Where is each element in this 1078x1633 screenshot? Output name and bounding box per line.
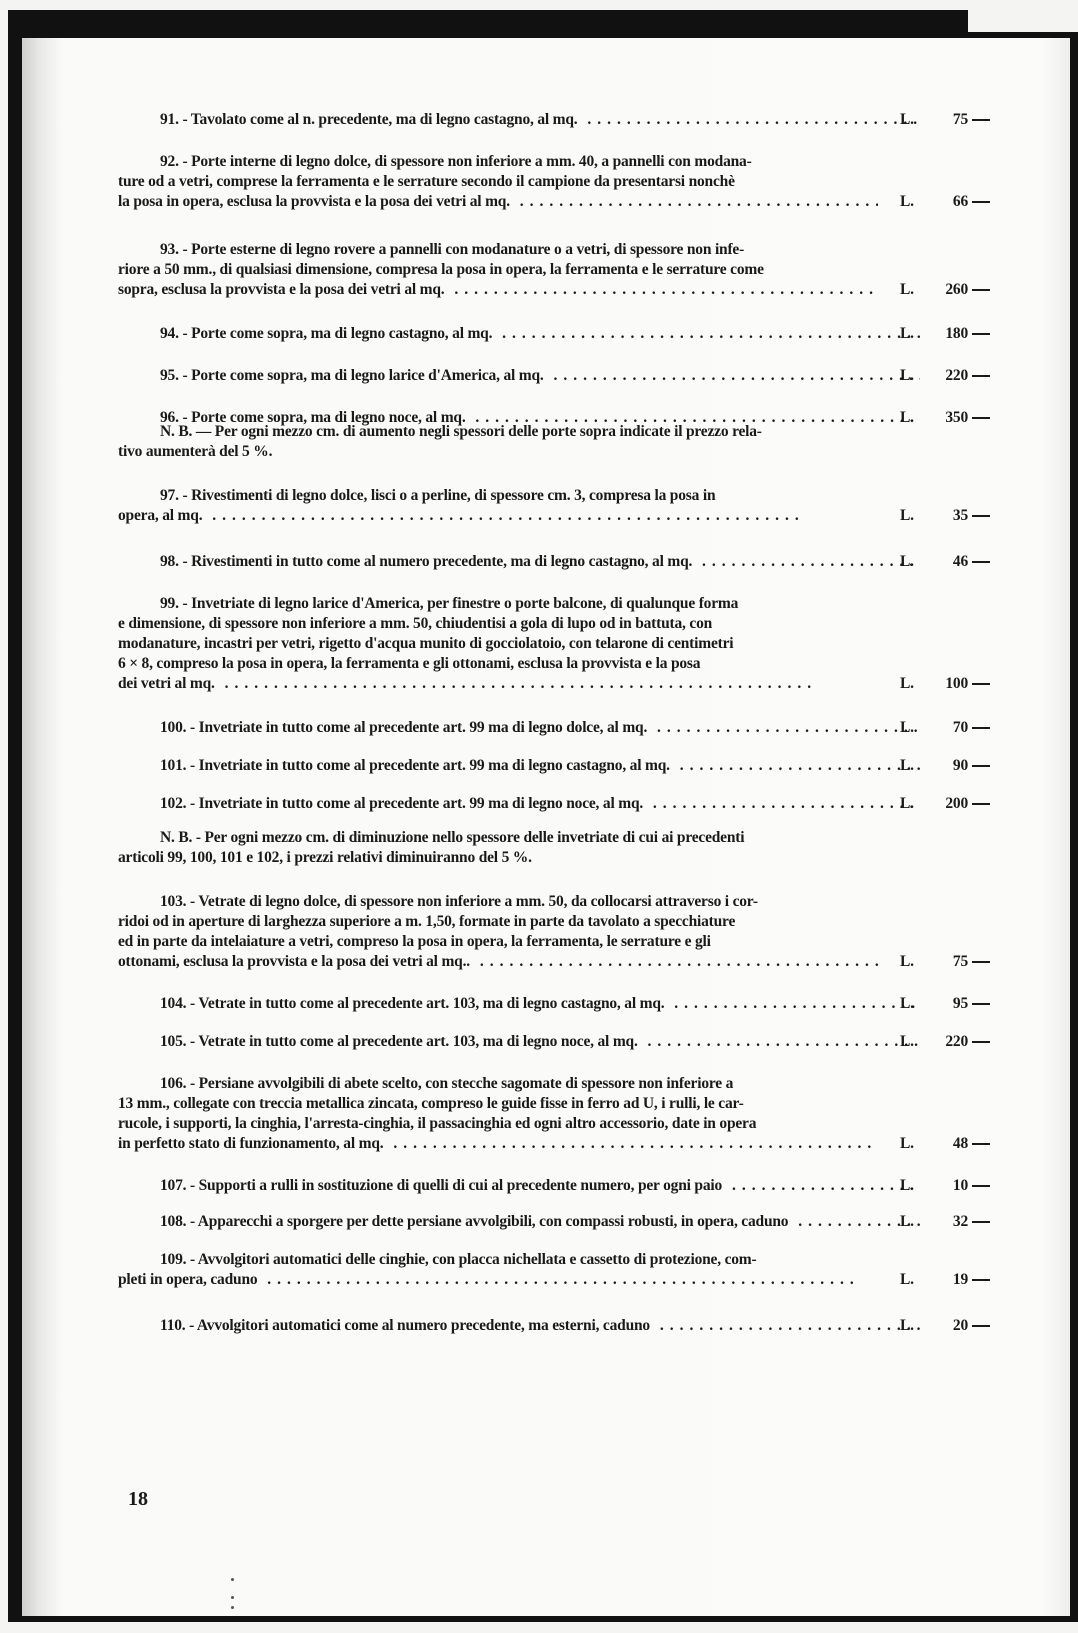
entry-line: 91. - Tavolato come al n. precedente, ma… [118, 110, 920, 130]
price-value: L.48 [900, 1134, 1000, 1154]
entry-line: 94. - Porte come sopra, ma di legno cast… [118, 324, 920, 344]
price-value: L.46 [900, 552, 1000, 572]
price-amount: 35 [934, 506, 968, 526]
price-value: L.180 [900, 324, 1000, 344]
entry-line: 99. - Invetriate di legno larice d'Ameri… [118, 594, 920, 614]
dash-mark [972, 1221, 990, 1223]
entry-line: 107. - Supporti a rulli in sostituzione … [118, 1176, 920, 1196]
dash-mark [972, 1185, 990, 1187]
currency-label: L. [900, 756, 934, 776]
price-amount: 75 [934, 110, 968, 130]
price-value: L.200 [900, 794, 1000, 814]
price-value: L.100 [900, 674, 1000, 694]
price-entry: 107. - Supporti a rulli in sostituzione … [118, 1176, 998, 1196]
currency-label: L. [900, 674, 934, 694]
entry-line: pleti in opera, caduno .................… [118, 1270, 878, 1290]
leader-dots: ........................................… [202, 507, 804, 524]
dash-mark [972, 515, 990, 517]
leader-dots: ........................................… [578, 111, 921, 128]
dash-mark [972, 375, 990, 377]
price-amount: 90 [934, 756, 968, 776]
scan-background [968, 0, 1078, 32]
price-entry: 95. - Porte come sopra, ma di legno lari… [118, 366, 998, 386]
currency-label: L. [900, 718, 934, 738]
price-amount: 32 [934, 1212, 968, 1232]
leader-dots: ........................................… [638, 1033, 920, 1050]
price-amount: 10 [934, 1176, 968, 1196]
price-value: L.70 [900, 718, 1000, 738]
currency-label: L. [900, 506, 934, 526]
price-value: L.75 [900, 110, 1000, 130]
price-value: L.19 [900, 1270, 1000, 1290]
price-entry: 102. - Invetriate in tutto come al prece… [118, 794, 998, 814]
entry-line: 104. - Vetrate in tutto come al preceden… [118, 994, 920, 1014]
price-amount: 48 [934, 1134, 968, 1154]
entry-line: 98. - Rivestimenti in tutto come al nume… [118, 552, 920, 572]
price-amount: 75 [934, 952, 968, 972]
price-value: L.90 [900, 756, 1000, 776]
dash-mark [972, 119, 990, 121]
entry-line: dei vetri al mq. .......................… [118, 674, 878, 694]
price-entry: 106. - Persiane avvolgibili di abete sce… [118, 1074, 998, 1154]
price-entry: 110. - Avvolgitori automatici come al nu… [118, 1316, 998, 1336]
price-entry: 100. - Invetriate in tutto come al prece… [118, 718, 998, 738]
currency-label: L. [900, 994, 934, 1014]
currency-label: L. [900, 1270, 934, 1290]
price-entry: 92. - Porte interne di legno dolce, di s… [118, 152, 998, 212]
entry-line: 6 × 8, compreso la posa in opera, la fer… [118, 654, 878, 674]
dash-mark [972, 1325, 990, 1327]
currency-label: L. [900, 1316, 934, 1336]
entry-line: 110. - Avvolgitori automatici come al nu… [118, 1316, 920, 1336]
leader-dots: ........................................… [650, 1317, 920, 1334]
price-list: 91. - Tavolato come al n. precedente, ma… [118, 110, 998, 1360]
price-amount: 220 [934, 366, 968, 386]
leader-dots: ........................................… [643, 795, 920, 812]
leader-dots: ........................................… [647, 719, 920, 736]
currency-label: L. [900, 1176, 934, 1196]
price-value: L.35 [900, 506, 1000, 526]
entry-line: 109. - Avvolgitori automatici delle cing… [118, 1250, 920, 1270]
dash-mark [972, 1143, 990, 1145]
leader-dots: ........................................… [692, 553, 920, 570]
entry-line: opera, al mq. ..........................… [118, 506, 878, 526]
price-value: L.95 [900, 994, 1000, 1014]
leader-dots: ........................................… [664, 995, 920, 1012]
dash-mark [972, 201, 990, 203]
entry-line: modanature, incastri per vetri, rigetto … [118, 634, 878, 654]
price-entry: 99. - Invetriate di legno larice d'Ameri… [118, 594, 998, 694]
scan-speck [231, 1606, 234, 1609]
leader-dots: ........................................… [444, 281, 878, 298]
price-entry: 104. - Vetrate in tutto come al preceden… [118, 994, 998, 1014]
price-entry: 94. - Porte come sopra, ma di legno cast… [118, 324, 998, 344]
entry-line: in perfetto stato di funzionamento, al m… [118, 1134, 878, 1154]
currency-label: L. [900, 280, 934, 300]
note-line: tivo aumenterà del 5 %. [118, 442, 878, 462]
entry-line: ed in parte da intelaiature a vetri, com… [118, 932, 878, 952]
dash-mark [972, 803, 990, 805]
currency-label: L. [900, 192, 934, 212]
entry-line: 101. - Invetriate in tutto come al prece… [118, 756, 920, 776]
price-amount: 20 [934, 1316, 968, 1336]
entry-line: sopra, esclusa la provvista e la posa de… [118, 280, 878, 300]
entry-line: 108. - Apparecchi a sporgere per dette p… [118, 1212, 920, 1232]
entry-line: 105. - Vetrate in tutto come al preceden… [118, 1032, 920, 1052]
price-value: L.10 [900, 1176, 1000, 1196]
note-paragraph: N. B. - Per ogni mezzo cm. di diminuzion… [118, 828, 998, 868]
leader-dots: ........................................… [670, 757, 920, 774]
price-entry: 97. - Rivestimenti di legno dolce, lisci… [118, 486, 998, 526]
leader-dots: ........................................… [722, 1177, 920, 1194]
dash-mark [972, 1003, 990, 1005]
leader-dots: ........................................… [215, 675, 817, 692]
dash-mark [972, 289, 990, 291]
entry-line: ture od a vetri, comprese la ferramenta … [118, 172, 878, 192]
currency-label: L. [900, 794, 934, 814]
entry-line: 93. - Porte esterne di legno rovere a pa… [118, 240, 920, 260]
currency-label: L. [900, 1134, 934, 1154]
scan-speck [231, 1596, 234, 1599]
price-amount: 200 [934, 794, 968, 814]
currency-label: L. [900, 324, 934, 344]
leader-dots: ........................................… [383, 1135, 878, 1152]
entry-line: la posa in opera, esclusa la provvista e… [118, 192, 878, 212]
dash-mark [972, 683, 990, 685]
entry-line: 100. - Invetriate in tutto come al prece… [118, 718, 920, 738]
entry-line: 97. - Rivestimenti di legno dolce, lisci… [118, 486, 920, 506]
dash-mark [972, 333, 990, 335]
page-number: 18 [128, 1488, 148, 1511]
price-amount: 19 [934, 1270, 968, 1290]
price-value: L.20 [900, 1316, 1000, 1336]
price-amount: 95 [934, 994, 968, 1014]
dash-mark [972, 961, 990, 963]
leader-dots: ........................................… [257, 1271, 859, 1288]
currency-label: L. [900, 1212, 934, 1232]
currency-label: L. [900, 110, 934, 130]
currency-label: L. [900, 366, 934, 386]
dash-mark [972, 1279, 990, 1281]
dash-mark [972, 727, 990, 729]
price-amount: 260 [934, 280, 968, 300]
price-amount: 100 [934, 674, 968, 694]
dash-mark [972, 1041, 990, 1043]
note-line: articoli 99, 100, 101 e 102, i prezzi re… [118, 848, 878, 868]
entry-line: e dimensione, di spessore non inferiore … [118, 614, 878, 634]
price-value: L.66 [900, 192, 1000, 212]
leader-dots: ........................................… [470, 953, 878, 970]
entry-line: 13 mm., collegate con treccia metallica … [118, 1094, 878, 1114]
price-value: L.260 [900, 280, 1000, 300]
dash-mark [972, 765, 990, 767]
price-amount: 220 [934, 1032, 968, 1052]
note-paragraph: N. B. — Per ogni mezzo cm. di aumento ne… [118, 422, 998, 462]
leader-dots: ........................................… [544, 367, 920, 384]
entry-line: 95. - Porte come sopra, ma di legno lari… [118, 366, 920, 386]
price-entry: 108. - Apparecchi a sporgere per dette p… [118, 1212, 998, 1232]
currency-label: L. [900, 1032, 934, 1052]
leader-dots: ........................................… [510, 193, 878, 210]
price-entry: 103. - Vetrate di legno dolce, di spesso… [118, 892, 998, 972]
entry-line: ridoi od in aperture di larghezza superi… [118, 912, 878, 932]
price-amount: 180 [934, 324, 968, 344]
dash-mark [972, 561, 990, 563]
price-amount: 66 [934, 192, 968, 212]
entry-line: 92. - Porte interne di legno dolce, di s… [118, 152, 920, 172]
currency-label: L. [900, 952, 934, 972]
price-value: L.220 [900, 1032, 1000, 1052]
entry-line: riore a 50 mm., di qualsiasi dimensione,… [118, 260, 878, 280]
price-amount: 46 [934, 552, 968, 572]
price-entry: 91. - Tavolato come al n. precedente, ma… [118, 110, 998, 130]
price-entry: 101. - Invetriate in tutto come al prece… [118, 756, 998, 776]
entry-line: ottonami, esclusa la provvista e la posa… [118, 952, 878, 972]
price-value: L.75 [900, 952, 1000, 972]
page-shadow [1040, 38, 1070, 1616]
scan-speck [231, 1578, 234, 1581]
entry-line: 103. - Vetrate di legno dolce, di spesso… [118, 892, 920, 912]
leader-dots: ........................................… [492, 325, 920, 342]
price-value: L.220 [900, 366, 1000, 386]
price-entry: 105. - Vetrate in tutto come al preceden… [118, 1032, 998, 1052]
note-line: N. B. - Per ogni mezzo cm. di diminuzion… [118, 828, 920, 848]
price-entry: 98. - Rivestimenti in tutto come al nume… [118, 552, 998, 572]
price-entry: 93. - Porte esterne di legno rovere a pa… [118, 240, 998, 300]
price-entry: 109. - Avvolgitori automatici delle cing… [118, 1250, 998, 1290]
price-amount: 70 [934, 718, 968, 738]
note-line: N. B. — Per ogni mezzo cm. di aumento ne… [118, 422, 920, 442]
entry-line: rucole, i supporti, la cinghia, l'arrest… [118, 1114, 878, 1134]
entry-line: 102. - Invetriate in tutto come al prece… [118, 794, 920, 814]
entry-line: 106. - Persiane avvolgibili di abete sce… [118, 1074, 920, 1094]
price-value: L.32 [900, 1212, 1000, 1232]
currency-label: L. [900, 552, 934, 572]
dash-mark [972, 417, 990, 419]
